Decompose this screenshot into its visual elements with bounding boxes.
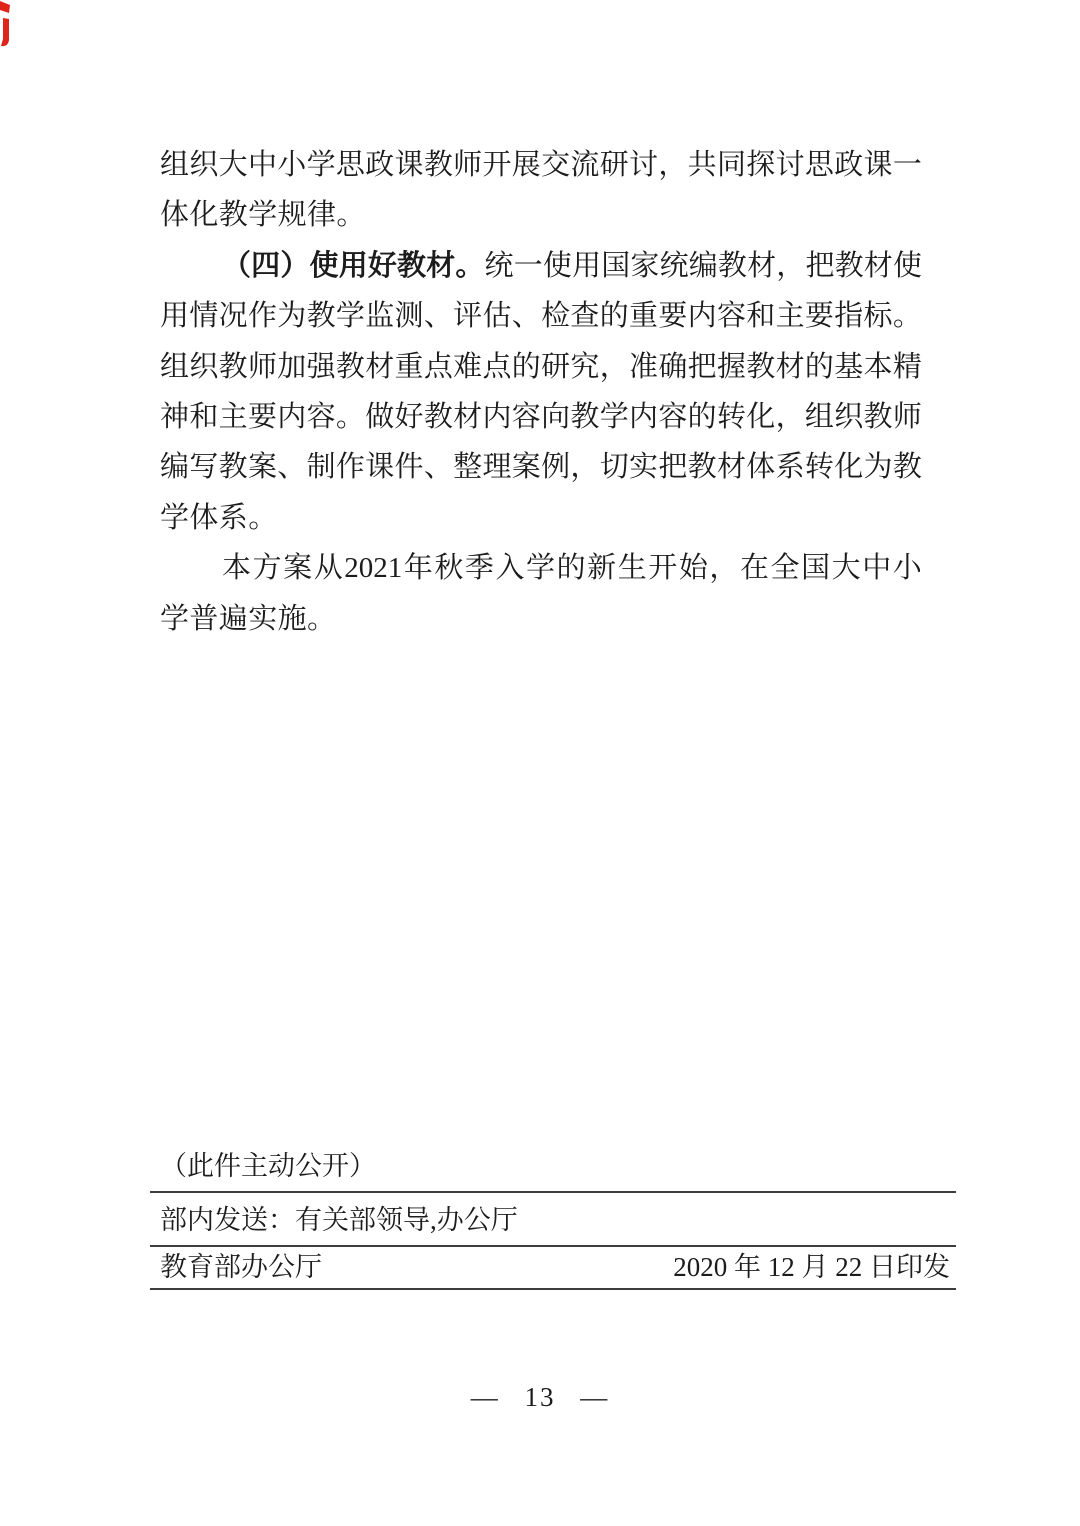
text-line: 本方案从2021年秋季入学的新生开始，在全国大中小 (160, 543, 922, 593)
text-line: 学体系。 (160, 493, 922, 543)
text-line: 体化教学规律。 (160, 190, 922, 240)
text-line: 学普遍实施。 (160, 594, 922, 644)
text-line: 用情况作为教学监测、评估、检查的重要内容和主要指标。 (160, 291, 922, 341)
page-number: — 13 — (0, 1375, 1080, 1419)
footer-divider-bottom (150, 1288, 956, 1290)
footer-divider-top (150, 1191, 956, 1193)
text-line: 神和主要内容。做好教材内容向教学内容的转化，组织教师 (160, 392, 922, 442)
issue-row: 教育部办公厅 2020 年 12 月 22 日印发 (160, 1248, 950, 1286)
text-line: （四）使用好教材。统一使用国家统编教材，把教材使 (160, 241, 922, 291)
print-date: 2020 年 12 月 22 日印发 (673, 1248, 950, 1286)
issuer: 教育部办公厅 (160, 1248, 322, 1286)
text-line: 编写教案、制作课件、整理案例，切实把教材体系转化为教 (160, 442, 922, 492)
text-line: 组织教师加强教材重点难点的研究，准确把握教材的基本精 (160, 342, 922, 392)
document-page: 组织大中小学思政课教师开展交流研讨，共同探讨思政课一体化教学规律。（四）使用好教… (0, 0, 1080, 1526)
disclosure-note: （此件主动公开） (160, 1144, 376, 1188)
document-body: 组织大中小学思政课教师开展交流研讨，共同探讨思政课一体化教学规律。（四）使用好教… (160, 140, 922, 644)
distribution-line: 部内发送：有关部领导,办公厅 (160, 1199, 518, 1241)
footer-divider-middle (150, 1245, 956, 1247)
red-letterhead-fragment-icon (0, 0, 18, 54)
text-line: 组织大中小学思政课教师开展交流研讨，共同探讨思政课一 (160, 140, 922, 190)
